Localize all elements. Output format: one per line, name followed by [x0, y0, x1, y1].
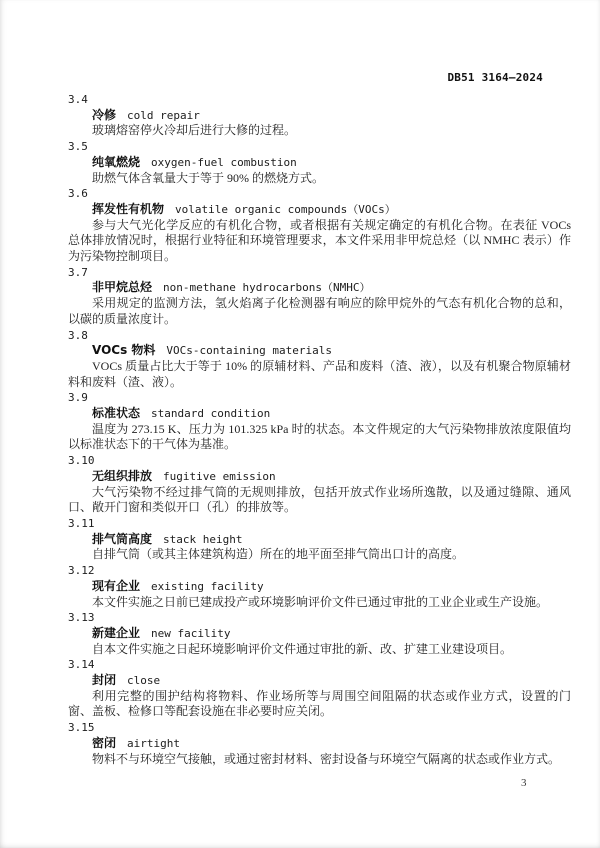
term-english: close	[127, 674, 160, 687]
term-line: 新建企业new facility	[68, 626, 571, 642]
term-definition: 助燃气体含氧量大于等于 90% 的燃烧方式。	[68, 171, 571, 187]
term-chinese: 无组织排放	[92, 469, 152, 483]
term-english: volatile organic compounds（VOCs）	[175, 203, 396, 216]
term-english: new facility	[151, 627, 230, 640]
term-chinese: VOCs 物料	[92, 343, 155, 357]
clause-number: 3.4	[68, 92, 571, 108]
term-chinese: 标准状态	[92, 406, 140, 420]
term-line: 密闭airtight	[68, 736, 571, 752]
clause-number: 3.13	[68, 610, 571, 626]
clause-number: 3.15	[68, 720, 571, 736]
term-chinese: 封闭	[92, 673, 116, 687]
term-definition: 自本文件实施之日起环境影响评价文件通过审批的新、改、扩建工业建设项目。	[68, 642, 571, 658]
term-line: VOCs 物料VOCs-containing materials	[68, 343, 571, 359]
term-definition: 大气污染物不经过排气筒的无规则排放，包括开放式作业场所逸散，以及通过缝隙、通风口…	[68, 485, 571, 516]
clause-number: 3.11	[68, 516, 571, 532]
term-line: 排气筒高度stack height	[68, 532, 571, 548]
term-english: non-methane hydrocarbons（NMHC）	[163, 281, 370, 294]
term-line: 非甲烷总烃non-methane hydrocarbons（NMHC）	[68, 280, 571, 296]
term-section: 3.5 纯氧燃烧oxygen-fuel combustion 助燃气体含氧量大于…	[68, 139, 571, 186]
term-english: existing facility	[151, 580, 264, 593]
clause-number: 3.10	[68, 453, 571, 469]
term-definition: 采用规定的监测方法，氢火焰离子化检测器有响应的除甲烷外的气态有机化合物的总和，以…	[68, 296, 571, 327]
term-section: 3.10 无组织排放fugitive emission 大气污染物不经过排气筒的…	[68, 453, 571, 516]
term-section: 3.12 现有企业existing facility 本文件实施之日前已建成投产…	[68, 563, 571, 610]
term-line: 无组织排放fugitive emission	[68, 469, 571, 485]
term-section: 3.13 新建企业new facility 自本文件实施之日起环境影响评价文件通…	[68, 610, 571, 657]
term-line: 现有企业existing facility	[68, 579, 571, 595]
term-line: 冷修cold repair	[68, 108, 571, 124]
term-section: 3.7 非甲烷总烃non-methane hydrocarbons（NMHC） …	[68, 265, 571, 328]
term-definition: 玻璃熔窑停火冷却后进行大修的过程。	[68, 123, 571, 139]
term-english: stack height	[163, 533, 242, 546]
term-definition: 物料不与环境空气接触，或通过密封材料、密封设备与环境空气隔离的状态或作业方式。	[68, 752, 571, 768]
term-section: 3.11 排气筒高度stack height 自排气筒（或其主体建筑构造）所在的…	[68, 516, 571, 563]
term-line: 挥发性有机物volatile organic compounds（VOCs）	[68, 202, 571, 218]
term-chinese: 非甲烷总烃	[92, 280, 152, 294]
term-english: VOCs-containing materials	[166, 344, 332, 357]
term-chinese: 现有企业	[92, 579, 140, 593]
clause-number: 3.12	[68, 563, 571, 579]
term-definition: VOCs 质量占比大于等于 10% 的原辅材料、产品和废料（渣、液），以及有机聚…	[68, 359, 571, 390]
term-english: airtight	[127, 737, 180, 750]
term-definition: 参与大气光化学反应的有机化合物，或者根据有关规定确定的有机化合物。在表征 VOC…	[68, 218, 571, 265]
document-page: DB51 3164—2024 3.4 冷修cold repair 玻璃熔窑停火冷…	[0, 0, 600, 848]
term-section: 3.9 标准状态standard condition 温度为 273.15 K、…	[68, 390, 571, 453]
clause-number: 3.5	[68, 139, 571, 155]
term-line: 纯氧燃烧oxygen-fuel combustion	[68, 155, 571, 171]
term-english: standard condition	[151, 407, 270, 420]
term-section: 3.6 挥发性有机物volatile organic compounds（VOC…	[68, 186, 571, 265]
terms-and-definitions-list: 3.4 冷修cold repair 玻璃熔窑停火冷却后进行大修的过程。 3.5 …	[68, 92, 571, 767]
term-section: 3.14 封闭close 利用完整的围护结构将物料、作业场所等与周围空间阻隔的状…	[68, 657, 571, 720]
term-line: 封闭close	[68, 673, 571, 689]
clause-number: 3.14	[68, 657, 571, 673]
clause-number: 3.6	[68, 186, 571, 202]
term-english: oxygen-fuel combustion	[151, 156, 297, 169]
term-line: 标准状态standard condition	[68, 406, 571, 422]
term-english: fugitive emission	[163, 470, 276, 483]
term-english: cold repair	[127, 109, 200, 122]
term-chinese: 排气筒高度	[92, 532, 152, 546]
term-definition: 温度为 273.15 K、压力为 101.325 kPa 时的状态。本文件规定的…	[68, 422, 571, 453]
term-definition: 本文件实施之日前已建成投产或环境影响评价文件已通过审批的工业企业或生产设施。	[68, 595, 571, 611]
clause-number: 3.8	[68, 328, 571, 344]
term-definition: 自排气筒（或其主体建筑构造）所在的地平面至排气筒出口计的高度。	[68, 547, 571, 563]
term-chinese: 纯氧燃烧	[92, 155, 140, 169]
term-chinese: 冷修	[92, 108, 116, 122]
clause-number: 3.9	[68, 390, 571, 406]
term-chinese: 新建企业	[92, 626, 140, 640]
term-chinese: 密闭	[92, 736, 116, 750]
term-definition: 利用完整的围护结构将物料、作业场所等与周围空间阻隔的状态或作业方式，设置的门窗、…	[68, 689, 571, 720]
term-section: 3.15 密闭airtight 物料不与环境空气接触，或通过密封材料、密封设备与…	[68, 720, 571, 767]
standard-number-header: DB51 3164—2024	[0, 71, 543, 84]
term-section: 3.8 VOCs 物料VOCs-containing materials VOC…	[68, 328, 571, 391]
clause-number: 3.7	[68, 265, 571, 281]
term-chinese: 挥发性有机物	[92, 202, 164, 216]
term-section: 3.4 冷修cold repair 玻璃熔窑停火冷却后进行大修的过程。	[68, 92, 571, 139]
page-number: 3	[521, 777, 527, 789]
